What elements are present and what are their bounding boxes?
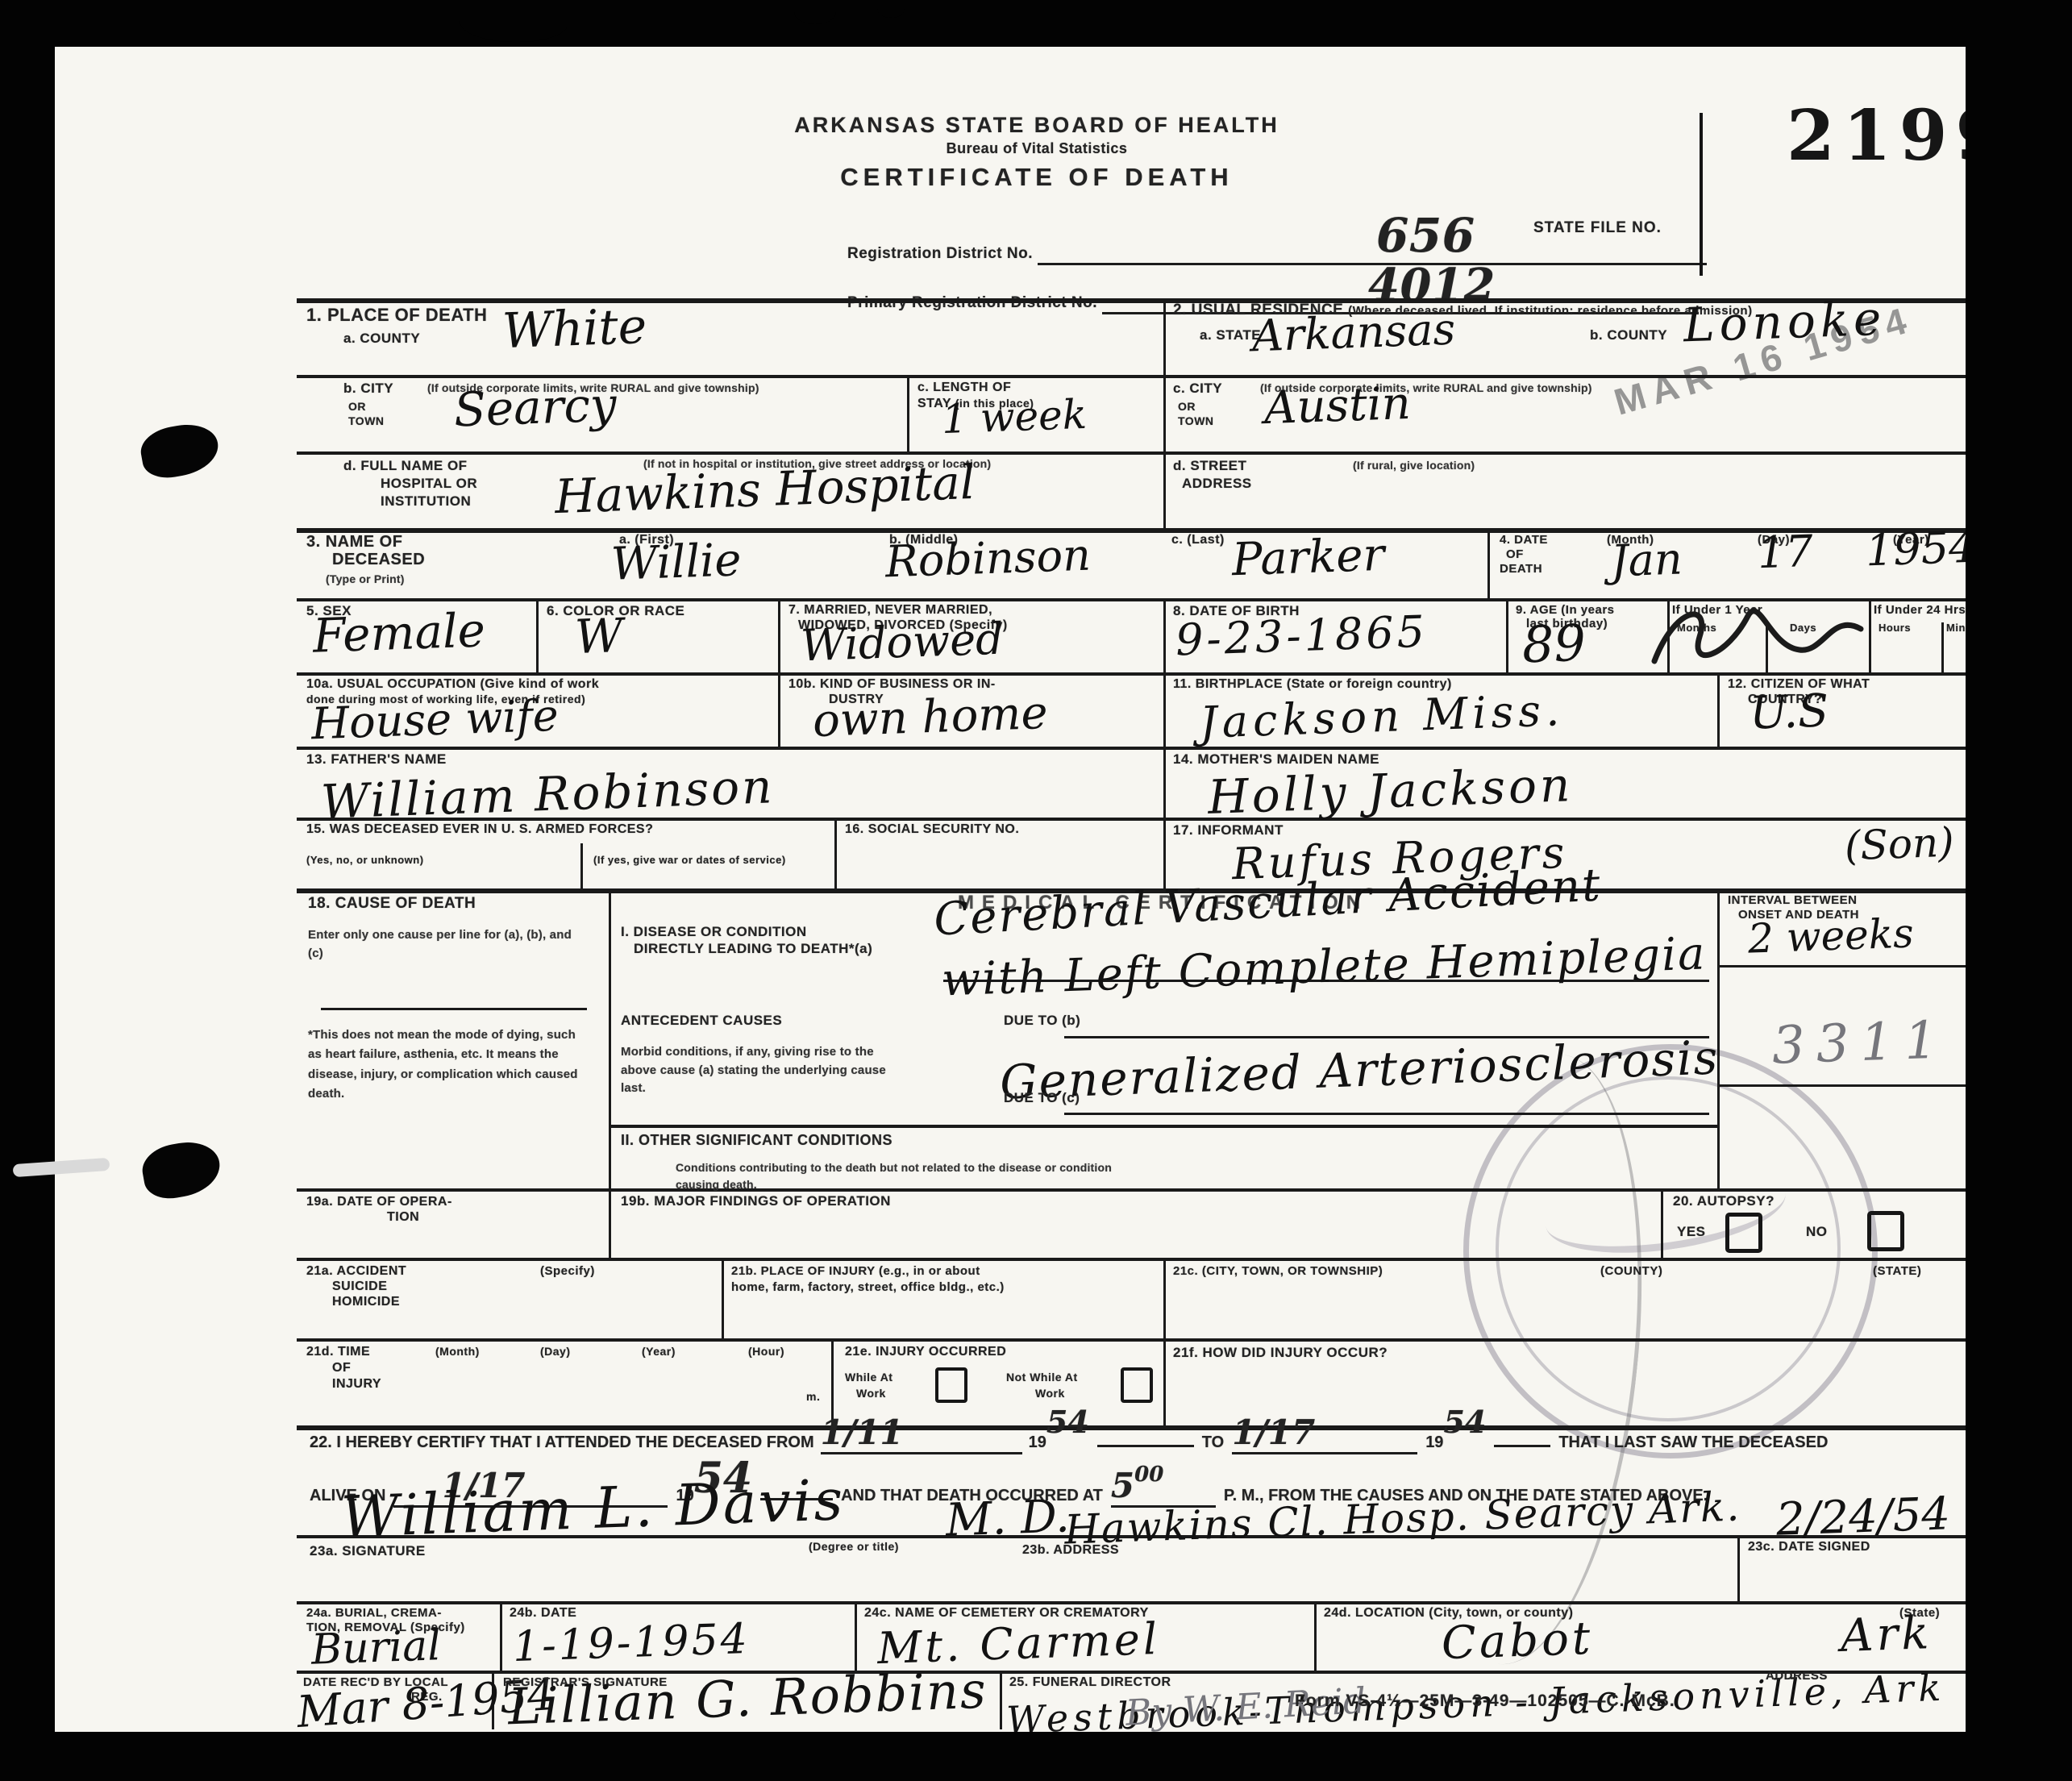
autopsy-yes-label: YES (1677, 1224, 1706, 1240)
writing-line-c (1064, 1113, 1709, 1115)
punch-hole (137, 419, 222, 482)
grid-line (297, 1338, 1967, 1342)
hours-label: Hours (1879, 622, 1911, 635)
cause-value-line2: with Left Complete Hemiplegia (941, 931, 1707, 1003)
due-to-c-value: Generalized Arteriosclerosis (999, 1034, 1720, 1105)
city-town-label: TOWN (348, 414, 385, 427)
from-date-value: 1/11 (821, 1413, 904, 1452)
hospital-value: Hawkins Hospital (554, 459, 976, 520)
film-blemish (794, 0, 836, 24)
antecedent-label: ANTECEDENT CAUSES (621, 1013, 782, 1029)
armed-forces-note1: (Yes, no, or unknown) (306, 855, 424, 867)
operation-findings-label: 19b. MAJOR FINDINGS OF OPERATION (621, 1193, 891, 1209)
middle-name-value: Robinson (884, 534, 1092, 585)
board-title: ARKANSAS STATE BOARD OF HEALTH (472, 113, 1601, 138)
injury-month-label: (Month) (435, 1345, 480, 1358)
grid-line (1163, 1338, 1166, 1425)
last-name-value: Parker (1231, 533, 1385, 584)
registration-district-row: Registration District No.656 (847, 242, 1707, 265)
registrar-signature-value: Lillian G. Robbins (507, 1666, 988, 1733)
injury-city-label: 21c. (CITY, TOWN, OR TOWNSHIP) (1173, 1264, 1383, 1278)
ink-scrawl (1650, 601, 1869, 671)
injury-m-label: m. (806, 1390, 820, 1403)
county-value: White (501, 302, 647, 356)
name-title2: DECEASED (332, 551, 425, 569)
certificate-form: 1. PLACE OF DEATH a. COUNTY White 2. USU… (297, 298, 1967, 1733)
first-name-value: Willie (610, 538, 742, 588)
grid-line (1737, 1535, 1740, 1601)
autopsy-no-label: NO (1806, 1224, 1828, 1240)
death-year-value: 1954 (1865, 526, 1977, 573)
grid-line (1314, 1601, 1317, 1671)
industry-value: own home (812, 691, 1048, 744)
pencil-code-value: 3311 (1771, 1014, 1949, 1072)
film-edge-bottom (0, 1732, 2072, 1781)
autopsy-no-checkbox (1867, 1211, 1904, 1251)
disease-label1: I. DISEASE OR CONDITION (621, 924, 807, 940)
antecedent-note: Morbid conditions, if any, giving rise t… (621, 1043, 887, 1098)
certify-part1: 22. I HEREBY CERTIFY THAT I ATTENDED THE… (310, 1434, 814, 1451)
length-of-stay-label: c. LENGTH OF (917, 381, 1011, 395)
punch-hole (139, 1137, 224, 1203)
cause-of-death-label: 18. CAUSE OF DEATH (308, 895, 476, 913)
accident-specify-note: (Specify) (540, 1264, 595, 1278)
grid-line (297, 1258, 1967, 1261)
state-file-no-label: STATE FILE NO. (1533, 219, 1662, 237)
birth-date-value: 9-23-1865 (1175, 610, 1429, 663)
printed-19b: 19 (1425, 1434, 1443, 1451)
operation-date-label1: 19a. DATE OF OPERA- (306, 1195, 452, 1209)
father-name-value: William Robinson (320, 763, 775, 826)
other-conditions-label: II. OTHER SIGNIFICANT CONDITIONS (621, 1132, 892, 1149)
grid-line (1163, 818, 1166, 888)
grid-line (297, 451, 1967, 455)
grid-line (1506, 598, 1508, 672)
residence-town-label: TOWN (1178, 414, 1214, 427)
physician-signature: William L. Davis (340, 1471, 846, 1546)
residence-county-value: Lonoke (1683, 295, 1887, 349)
to-date-line: 1/17 (1232, 1434, 1417, 1454)
death-date-label2: OF (1506, 547, 1524, 561)
injury-occurred-label: 21e. INJURY OCCURRED (845, 1345, 1006, 1359)
death-day-value: 17 (1757, 530, 1814, 575)
grid-line (609, 888, 611, 1188)
street-note: (If rural, give location) (1353, 458, 1475, 473)
name-note: (Type or Print) (326, 572, 405, 587)
grid-line (1717, 672, 1720, 747)
injury-day-label: (Day) (540, 1345, 571, 1358)
accident-label3: HOMICIDE (332, 1295, 400, 1309)
how-injury-label: 21f. HOW DID INJURY OCCUR? (1173, 1345, 1388, 1361)
certificate-page: ARKANSAS STATE BOARD OF HEALTH Bureau of… (53, 45, 1967, 1732)
disease-label2: DIRECTLY LEADING TO DEATH*(a) (634, 941, 872, 957)
marital-value: Widowed (800, 618, 1004, 668)
county-label: a. COUNTY (343, 331, 420, 347)
registration-district-value: 656 (1376, 208, 1475, 263)
burial-label1: 24a. BURIAL, CREMA- (306, 1606, 442, 1620)
sex-value: Female (312, 606, 486, 659)
due-to-b-label: DUE TO (b) (1004, 1013, 1080, 1029)
burial-value: Burial (310, 1625, 442, 1671)
grid-line (1163, 598, 1166, 672)
grid-line (536, 598, 539, 672)
degree-label: (Degree or title) (809, 1540, 899, 1553)
ssn-label: 16. SOCIAL SECURITY NO. (845, 822, 1019, 837)
grid-line (500, 1601, 502, 1671)
residence-county-label: b. COUNTY (1590, 327, 1667, 343)
hospital-label2: HOSPITAL OR (381, 476, 477, 492)
residence-or-label: OR (1178, 400, 1196, 413)
grid-line (1487, 528, 1490, 598)
burial-state-value: Ark (1840, 1611, 1933, 1659)
injury-time-label3: INJURY (332, 1377, 381, 1392)
funeral-address-label: ADDRESS (1766, 1669, 1828, 1683)
father-name-label: 13. FATHER'S NAME (306, 751, 447, 768)
grid-line (1661, 1188, 1663, 1258)
notes-divider (321, 1008, 587, 1010)
grid-line (834, 818, 837, 888)
cause-note1: Enter only one cause per line for (a), (… (308, 926, 590, 963)
grid-line (297, 528, 1967, 533)
residence-city-value: Austin (1263, 381, 1412, 431)
funeral-director-label: 25. FUNERAL DIRECTOR (1009, 1675, 1171, 1690)
city-or-label: OR (348, 400, 366, 413)
injury-state-label: (STATE) (1873, 1264, 1921, 1278)
not-while-work-label: Work (1035, 1387, 1065, 1400)
autopsy-yes-checkbox (1725, 1213, 1762, 1253)
grid-line (1163, 1258, 1166, 1338)
grid-line (1000, 1671, 1002, 1729)
grid-line (1717, 1084, 1967, 1087)
armed-forces-note2: (If yes, give war or dates of service) (593, 855, 786, 867)
grid-line (1941, 622, 1944, 672)
cause-note2: *This does not mean the mode of dying, s… (308, 1026, 592, 1104)
blank-line (1494, 1445, 1550, 1447)
interval-value: 2 weeks (1747, 913, 1914, 959)
film-blemish (877, 0, 905, 18)
under-24-hrs-label: If Under 24 Hrs. (1874, 603, 1970, 617)
death-time-hour: 5 (1111, 1466, 1134, 1505)
grid-line (778, 672, 780, 747)
accident-label2: SUICIDE (332, 1280, 387, 1294)
grid-line (297, 1188, 1967, 1192)
hospital-label1: d. FULL NAME OF (343, 458, 468, 474)
to-date-value: 1/17 (1232, 1413, 1315, 1452)
registration-district-label: Registration District No. (847, 245, 1033, 262)
length-of-stay-value: 1 week (941, 394, 1088, 439)
interval-label1: INTERVAL BETWEEN (1728, 893, 1858, 907)
film-edge-top (0, 0, 2072, 47)
certify-line1: 22. I HEREBY CERTIFY THAT I ATTENDED THE… (310, 1434, 1828, 1454)
grid-line (1163, 747, 1166, 818)
grid-line (609, 1188, 611, 1258)
while-at-label: While At (845, 1371, 892, 1384)
race-value: W (574, 612, 624, 660)
due-to-c-label: DUE TO (c) (1004, 1090, 1080, 1106)
from-date-line: 1/11 (821, 1434, 1022, 1454)
autopsy-label: 20. AUTOPSY? (1673, 1193, 1775, 1209)
residence-city-label: c. CITY (1173, 381, 1222, 397)
informant-label: 17. INFORMANT (1173, 822, 1284, 838)
film-edge-right (1966, 0, 2072, 1781)
grid-line (609, 1125, 1717, 1128)
death-date-label3: DEATH (1500, 562, 1542, 576)
injury-place-label2: home, farm, factory, street, office bldg… (731, 1280, 1005, 1294)
film-blemish (460, 0, 568, 42)
death-month-value: Jan (1610, 537, 1683, 583)
death-time-minutes: 00 (1134, 1463, 1163, 1487)
grid-line (297, 1601, 1967, 1604)
injury-time-label2: OF (332, 1361, 351, 1375)
informant-relation: (Son) (1844, 822, 1954, 867)
operation-date-label2: TION (387, 1210, 419, 1225)
while-work-label: Work (856, 1387, 886, 1400)
injury-hour-label: (Hour) (748, 1345, 784, 1358)
grid-line (778, 598, 780, 672)
grid-line (297, 747, 1967, 750)
grid-line (1869, 598, 1871, 672)
form-number: Form VS-4½—25M—3-49—102505—C.-McB. (1295, 1692, 1675, 1711)
not-while-at-work-checkbox (1121, 1367, 1153, 1403)
burial-date-label: 24b. DATE (510, 1606, 576, 1621)
city-label: b. CITY (343, 381, 393, 397)
certify-part2: THAT I LAST SAW THE DECEASED (1558, 1434, 1828, 1451)
grid-line (855, 1601, 857, 1671)
bureau-subtitle: Bureau of Vital Statistics (472, 140, 1601, 157)
degree-value: M. D. (945, 1494, 1071, 1543)
armed-forces-label: 15. WAS DECEASED EVER IN U. S. ARMED FOR… (306, 822, 653, 837)
date-signed-value: 2/24/54 (1775, 1492, 1951, 1543)
burial-city-value: Cabot (1441, 1617, 1594, 1667)
burial-date-value: 1-19-1954 (512, 1618, 750, 1668)
death-date-label1: 4. DATE (1500, 533, 1548, 547)
grid-line (580, 843, 583, 888)
injury-year-label: (Year) (642, 1345, 676, 1358)
hospital-label3: INSTITUTION (381, 493, 471, 510)
scanned-death-certificate: ARKANSAS STATE BOARD OF HEALTH Bureau of… (0, 0, 2072, 1781)
place-of-death-title: 1. PLACE OF DEATH (306, 305, 487, 325)
printed-19a: 19 (1029, 1434, 1046, 1451)
injury-county-label: (COUNTY) (1600, 1264, 1662, 1278)
grid-line (297, 1425, 1967, 1430)
grid-line (907, 375, 909, 451)
street-label1: d. STREET (1173, 458, 1246, 474)
grid-line (1163, 298, 1166, 528)
injury-place-label1: 21b. PLACE OF INJURY (e.g., in or about (731, 1264, 980, 1278)
residence-state-value: Arkansas (1251, 308, 1456, 359)
while-at-work-checkbox (935, 1367, 967, 1403)
citizen-value: U.S (1749, 689, 1829, 736)
blank-line (1097, 1445, 1194, 1447)
grid-line (1163, 672, 1166, 747)
birthplace-value: Jackson Miss. (1199, 689, 1565, 745)
state-file-divider (1700, 113, 1703, 276)
mother-name-value: Holly Jackson (1207, 761, 1574, 821)
to-year-value: 54 (1443, 1404, 1486, 1440)
injury-time-label1: 21d. TIME (306, 1345, 370, 1359)
grid-line (1717, 965, 1967, 967)
accident-label1: 21a. ACCIDENT (306, 1264, 406, 1279)
city-value: Searcy (453, 381, 618, 433)
last-name-label: c. (Last) (1171, 533, 1225, 547)
other-conditions-note: Conditions contributing to the death but… (676, 1159, 1127, 1193)
grid-line (297, 375, 1967, 378)
occupation-value: House wife (310, 694, 559, 747)
from-year-value: 54 (1046, 1404, 1089, 1440)
age-value: 89 (1521, 618, 1587, 671)
film-edge-left (0, 0, 55, 1781)
page-title: CERTIFICATE OF DEATH (472, 163, 1601, 192)
grid-line (722, 1258, 724, 1338)
not-while-at-label: Not While At (1006, 1371, 1078, 1384)
street-label2: ADDRESS (1182, 476, 1252, 492)
to-label: TO (1202, 1434, 1224, 1451)
name-title1: 3. NAME OF (306, 533, 402, 551)
